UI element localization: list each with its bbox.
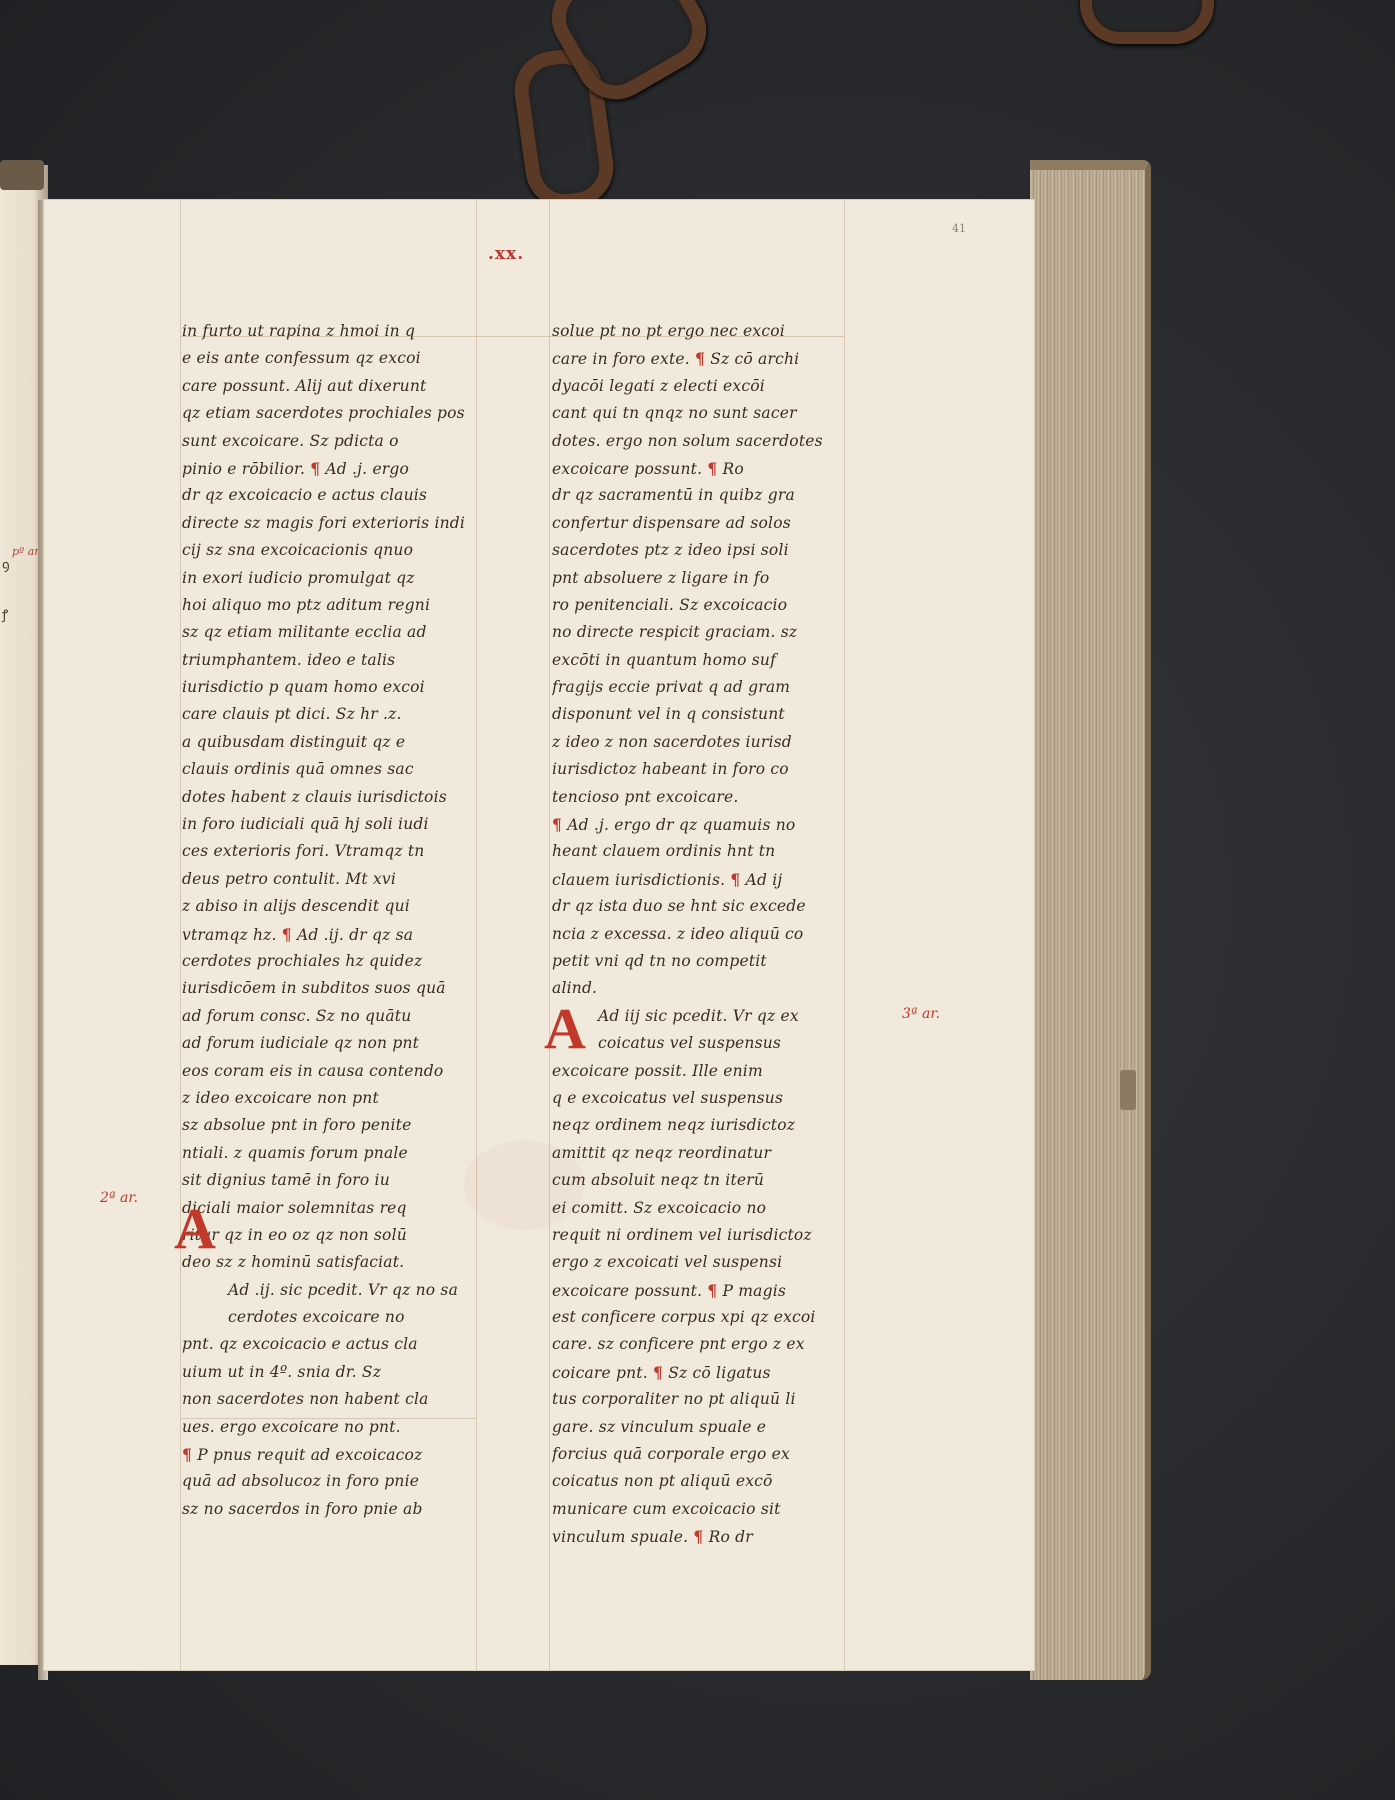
manuscript-line: cant qui tn qnqz no sunt sacer — [552, 400, 862, 427]
margin-note-left: 2ª ar. — [100, 1190, 138, 1206]
manuscript-line: qz etiam sacerdotes prochiales pos — [182, 400, 492, 427]
manuscript-line: vtramqz hz. ¶ Ad .ij. dr qz sa — [182, 921, 492, 948]
clasp-hinge — [0, 160, 44, 190]
manuscript-line: requit ni ordinem vel iurisdictoz — [552, 1222, 862, 1249]
manuscript-line: sz absolue pnt in foro penite — [182, 1112, 492, 1139]
manuscript-line: ergo z excoicati vel suspensi — [552, 1249, 862, 1276]
manuscript-line: clauis ordinis quā omnes sac — [182, 756, 492, 783]
manuscript-line: municare cum excoicacio sit — [552, 1496, 862, 1523]
manuscript-line: ritur qz in eo oz qz non solū — [182, 1222, 492, 1249]
manuscript-line: care in foro exte. ¶ Sz cō archi — [552, 345, 862, 372]
manuscript-line: deus petro contulit. Mt xvi — [182, 866, 492, 893]
manuscript-line: gare. sz vinculum spuale e — [552, 1414, 862, 1441]
manuscript-line: Ad iij sic pcedit. Vr qz ex — [552, 1003, 862, 1030]
manuscript-line: iurisdictio p quam homo excoi — [182, 674, 492, 701]
manuscript-line: non sacerdotes non habent cla — [182, 1386, 492, 1413]
manuscript-line: in furto ut rapina z hmoi in q — [182, 318, 492, 345]
manuscript-line: ues. ergo excoicare no pnt. — [182, 1414, 492, 1441]
ruling-line — [180, 200, 181, 1670]
manuscript-line: z ideo z non sacerdotes iurisd — [552, 729, 862, 756]
manuscript-line: vinculum spuale. ¶ Ro dr — [552, 1523, 862, 1550]
ruling-line — [549, 200, 550, 1670]
manuscript-line: dr qz excoicacio e actus clauis — [182, 482, 492, 509]
manuscript-line: disponunt vel in q consistunt — [552, 701, 862, 728]
manuscript-line: fragijs eccie privat q ad gram — [552, 674, 862, 701]
manuscript-line: coicare pnt. ¶ Sz cō ligatus — [552, 1359, 862, 1386]
manuscript-line: sunt excoicare. Sz pdicta o — [182, 428, 492, 455]
manuscript-line: pnt absoluere z ligare in fo — [552, 565, 862, 592]
manuscript-line: ntiali. z quamis forum pnale — [182, 1140, 492, 1167]
facing-page-text-fragment: ꝯ — [2, 555, 12, 573]
margin-note-right: 3ª ar. — [902, 1006, 940, 1022]
rubricated-initial-left: A — [174, 1200, 216, 1258]
bookmark-tab — [1120, 1070, 1136, 1110]
manuscript-line: care clauis pt dici. Sz hr .z. — [182, 701, 492, 728]
manuscript-line: dotes. ergo non solum sacerdotes — [552, 428, 862, 455]
manuscript-line: solue pt no pt ergo nec excoi — [552, 318, 862, 345]
manuscript-line: dyacōi legati z electi excōi — [552, 373, 862, 400]
manuscript-line: pnt. qz excoicacio e actus cla — [182, 1331, 492, 1358]
manuscript-line: iurisdicōem in subditos suos quā — [182, 975, 492, 1002]
page-edges — [1030, 160, 1151, 1680]
text-column-left: in furto ut rapina z hmoi in qe eis ante… — [182, 318, 492, 1523]
manuscript-line: cerdotes excoicare no — [182, 1304, 492, 1331]
manuscript-line: a quibusdam distinguit qz e — [182, 729, 492, 756]
chain-link-top-right — [1080, 0, 1214, 44]
manuscript-page: .xx. 41 in furto ut rapina z hmoi in qe … — [44, 200, 1034, 1670]
manuscript-line: ei comitt. Sz excoicacio no — [552, 1195, 862, 1222]
manuscript-line: z abiso in alijs descendit qui — [182, 893, 492, 920]
manuscript-line: ro penitenciali. Sz excoicacio — [552, 592, 862, 619]
manuscript-line: diciali maior solemnitas req — [182, 1195, 492, 1222]
manuscript-line: ¶ P pnus requit ad excoicacoz — [182, 1441, 492, 1468]
manuscript-line: sit dignius tamē in foro iu — [182, 1167, 492, 1194]
manuscript-line: coicatus non pt aliquū excō — [552, 1468, 862, 1495]
manuscript-line: excoicare possunt. ¶ P magis — [552, 1277, 862, 1304]
manuscript-line: heant clauem ordinis hnt tn — [552, 838, 862, 865]
manuscript-line: no directe respicit graciam. sz — [552, 619, 862, 646]
manuscript-line: sacerdotes ptz z ideo ipsi soli — [552, 537, 862, 564]
manuscript-line: amittit qz neqz reordinatur — [552, 1140, 862, 1167]
manuscript-line: dotes habent z clauis iurisdictois — [182, 784, 492, 811]
manuscript-line: neqz ordinem neqz iurisdictoz — [552, 1112, 862, 1139]
manuscript-line: eos coram eis in causa contendo — [182, 1058, 492, 1085]
manuscript-line: tencioso pnt excoicare. — [552, 784, 862, 811]
manuscript-line: ad forum iudiciale qz non pnt — [182, 1030, 492, 1057]
manuscript-line: ¶ Ad .j. ergo dr qz quamuis no — [552, 811, 862, 838]
manuscript-line: dr qz sacramentū in quibz gra — [552, 482, 862, 509]
manuscript-line: excōti in quantum homo suf — [552, 647, 862, 674]
manuscript-line: directe sz magis fori exterioris indi — [182, 510, 492, 537]
running-header: .xx. — [488, 244, 524, 264]
manuscript-line: ad forum consc. Sz no quātu — [182, 1003, 492, 1030]
manuscript-line: z ideo excoicare non pnt — [182, 1085, 492, 1112]
manuscript-line: care possunt. Alij aut dixerunt — [182, 373, 492, 400]
text-column-right: solue pt no pt ergo nec excoicare in for… — [552, 318, 862, 1551]
manuscript-line: deo sz z hominū satisfaciat. — [182, 1249, 492, 1276]
manuscript-line: iurisdictoz habeant in foro co — [552, 756, 862, 783]
manuscript-line: quā ad absolucoz in foro pnie — [182, 1468, 492, 1495]
manuscript-line: pinio e rōbilior. ¶ Ad .j. ergo — [182, 455, 492, 482]
manuscript-line: q e excoicatus vel suspensus — [552, 1085, 862, 1112]
manuscript-line: petit vni qd tn no competit — [552, 948, 862, 975]
rubricated-initial-right: A — [544, 1000, 586, 1058]
manuscript-line: dr qz ista duo se hnt sic excede — [552, 893, 862, 920]
manuscript-line: cerdotes prochiales hz quidez — [182, 948, 492, 975]
folio-number: 41 — [952, 222, 966, 235]
facing-page-text-fragment: ꝭ — [2, 605, 12, 623]
manuscript-line: excoicare possit. Ille enim — [552, 1058, 862, 1085]
manuscript-line: coicatus vel suspensus — [552, 1030, 862, 1057]
manuscript-line: est conficere corpus xpi qz excoi — [552, 1304, 862, 1331]
manuscript-line: forcius quā corporale ergo ex — [552, 1441, 862, 1468]
manuscript-line: sz qz etiam militante ecclia ad — [182, 619, 492, 646]
manuscript-line: e eis ante confessum qz excoi — [182, 345, 492, 372]
manuscript-line: in exori iudicio promulgat qz — [182, 565, 492, 592]
manuscript-line: uium ut in 4º. snia dr. Sz — [182, 1359, 492, 1386]
manuscript-line: confertur dispensare ad solos — [552, 510, 862, 537]
manuscript-line: ces exterioris fori. Vtramqz tn — [182, 838, 492, 865]
manuscript-line: clauem iurisdictionis. ¶ Ad ij — [552, 866, 862, 893]
manuscript-line: Ad .ij. sic pcedit. Vr qz no sa — [182, 1277, 492, 1304]
manuscript-line: ncia z excessa. z ideo aliquū co — [552, 921, 862, 948]
manuscript-line: triumphantem. ideo e talis — [182, 647, 492, 674]
manuscript-line: excoicare possunt. ¶ Ro — [552, 455, 862, 482]
manuscript-line: cum absoluit neqz tn iterū — [552, 1167, 862, 1194]
manuscript-line: alind. — [552, 975, 862, 1002]
manuscript-line: sz no sacerdos in foro pnie ab — [182, 1496, 492, 1523]
manuscript-line: tus corporaliter no pt aliquū li — [552, 1386, 862, 1413]
manuscript-line: hoi aliquo mo ptz aditum regni — [182, 592, 492, 619]
manuscript-line: cij sz sna excoicacionis qnuo — [182, 537, 492, 564]
manuscript-line: care. sz conficere pnt ergo z ex — [552, 1331, 862, 1358]
manuscript-line: in foro iudiciali quā hj soli iudi — [182, 811, 492, 838]
